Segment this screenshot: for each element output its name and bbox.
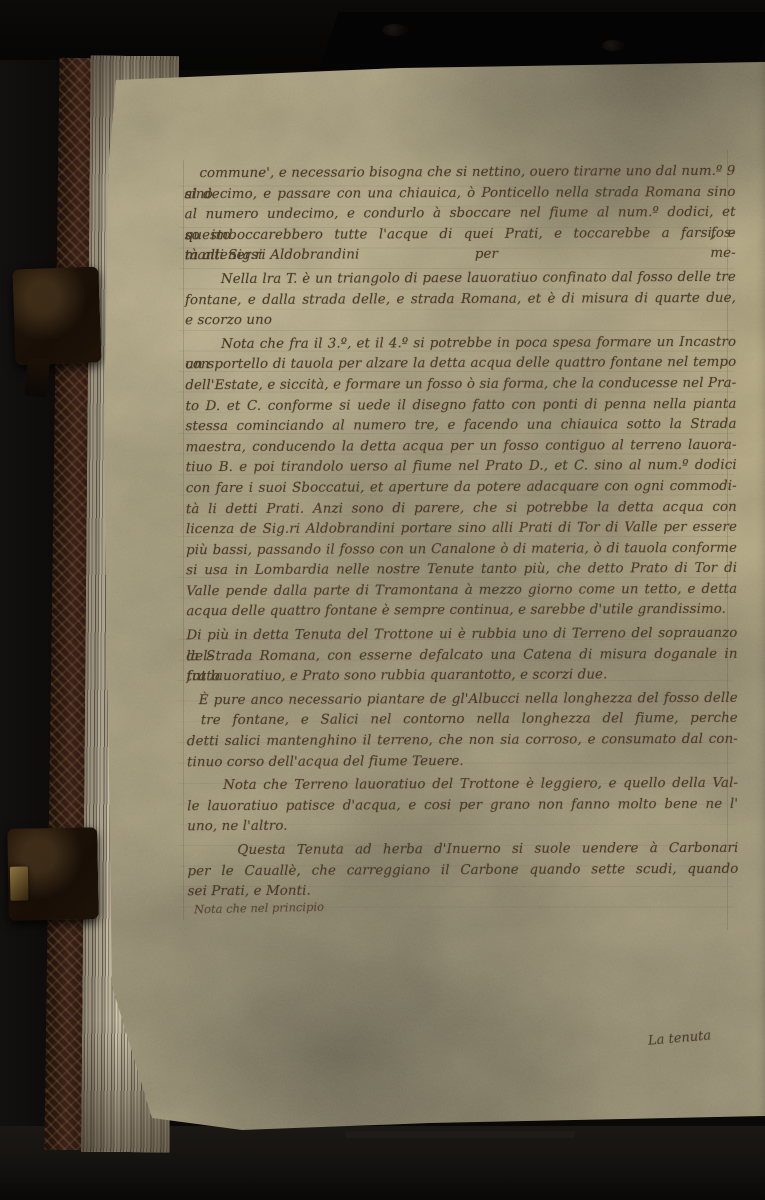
manuscript-line: Nota che Terreno lauoratiuo del Trottone… — [187, 774, 738, 797]
manuscript-line: la Strada Romana, con esserne defalcato … — [186, 644, 737, 667]
manuscript-line: fra lauoratiuo, e Prato sono rubbia quar… — [187, 665, 738, 688]
manuscript-line: dell'Estate, e siccità, e formare un fos… — [185, 374, 736, 397]
paragraph: Nella lra T. è un triangolo di paese lau… — [185, 268, 736, 332]
paragraph: Nota che fra il 3.º, et il 4.º si potreb… — [185, 333, 737, 624]
manuscript-line: Nella lra T. è un triangolo di paese lau… — [185, 268, 736, 291]
manuscript-line: più bassi, passando il fosso con un Cana… — [186, 538, 737, 561]
manuscript-line: Nota che fra il 3.º, et il 4.º si potreb… — [185, 333, 736, 356]
manuscript-line: sei Prati, e Monti. — [188, 880, 739, 903]
manuscript-photo: commune', e necessario bisogna che si ne… — [0, 0, 765, 1200]
cradle-screw-glint — [602, 40, 624, 51]
manuscript-line: maestra, conducendo la detta acqua per u… — [186, 436, 737, 459]
book-clasp-bottom — [7, 827, 99, 921]
manuscript-line: acqua delle quattro fontane è sempre con… — [186, 600, 737, 623]
manuscript-line: È pure anco necessario piantare de gl'Al… — [187, 689, 738, 712]
cradle-ledge — [345, 1131, 575, 1138]
manuscript-line: tà li detti Prati. Anzi sono di parere, … — [186, 497, 737, 520]
ruling-left-margin-line — [183, 160, 184, 920]
manuscript-line: al numero undecimo, e condurlo à sboccar… — [185, 203, 736, 226]
manuscript-line: le lauoratiuo patisce d'acqua, e cosi pe… — [187, 795, 738, 818]
manuscript-line: fontane, e dalla strada delle, e strada … — [185, 288, 736, 311]
manuscript-line: tre fontane, e Salici nel contorno nella… — [187, 709, 738, 732]
manuscript-line: con fare i suoi Sboccatui, et aperture d… — [186, 477, 737, 500]
manuscript-line: tiuo B. e poi tirandolo uerso al fiume n… — [186, 456, 737, 479]
manuscript-line: si usa in Lombardia nelle nostre Tenute … — [186, 559, 737, 582]
manuscript-line: detti salici mantenghino il terreno, che… — [187, 730, 738, 753]
paragraph: Nota che Terreno lauoratiuo del Trottone… — [187, 774, 738, 838]
manuscript-line: stessa cominciando al numero tre, e face… — [185, 415, 736, 438]
manuscript-line: Di più in detta Tenuta del Trottone ui è… — [186, 624, 737, 647]
paragraph: È pure anco necessario piantare de gl'Al… — [187, 689, 738, 774]
cradle-shadow-wedge — [322, 12, 765, 64]
manuscript-line: licenza de Sig.ri Aldobrandini portare s… — [186, 518, 737, 541]
margin-note: Nota che nel principio — [194, 900, 324, 917]
cradle-screw-glint — [382, 24, 408, 36]
catchword: La tenuta — [647, 1028, 711, 1048]
manuscript-line: uno, ne l'altro. — [187, 815, 738, 838]
paragraph: commune', e necessario bisogna che si ne… — [184, 162, 735, 267]
manuscript-line: to D. et C. conforme si uede il disegno … — [185, 394, 736, 417]
manuscript-line: un sportello di tauola per alzare la det… — [185, 353, 736, 376]
book-clasp-top — [12, 267, 101, 366]
manuscript-line: per le Cauallè, che carreggiano il Carbo… — [187, 859, 738, 882]
clasp-strap — [24, 358, 50, 398]
paragraph: Di più in detta Tenuta del Trottone ui è… — [186, 624, 737, 688]
manuscript-line: al decimo, e passare con una chiauica, ò… — [184, 182, 735, 205]
paragraph: Questa Tenuta ad herba d'Inuerno si suol… — [187, 839, 738, 903]
manuscript-text-block: commune', e necessario bisogna che si ne… — [184, 162, 738, 906]
manuscript-line: Questa Tenuta ad herba d'Inuerno si suol… — [187, 839, 738, 862]
manuscript-line: Valle pende dalla parte di Tramontana à … — [186, 580, 737, 603]
clasp-metal-buckle — [10, 866, 29, 900]
manuscript-line: e scorzo uno — [185, 309, 736, 332]
manuscript-line: tinuo corso dell'acqua del fiume Teuere. — [187, 750, 738, 773]
manuscript-line: so imboccarebbero tutte l'acque di quei … — [185, 224, 736, 247]
manuscript-line: commune', e necessario bisogna che si ne… — [184, 162, 735, 185]
